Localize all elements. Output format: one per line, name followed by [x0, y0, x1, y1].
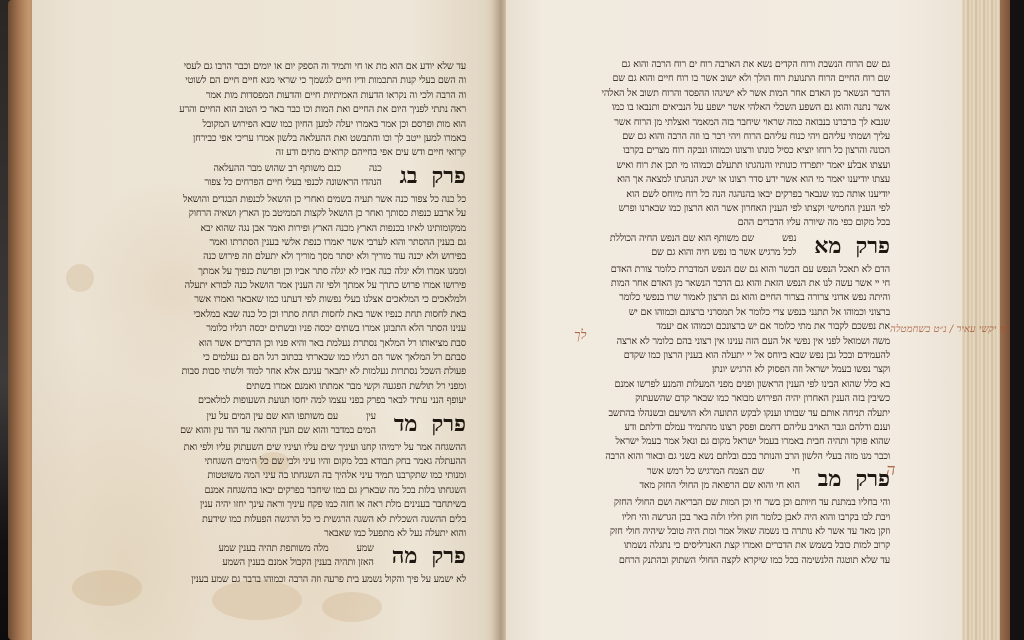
chapter-label: פרק: [417, 162, 466, 190]
handwritten-margin-note: לך: [574, 330, 586, 342]
text-line: ראה נתתי לפניך היום את החיים ואת המות וכ…: [140, 103, 466, 117]
text-line: ברצוני וכמוהו אל תתנני בנפש צרי כלומר אל…: [590, 306, 890, 320]
chapter-term: עין: [338, 411, 376, 422]
paper-stain: [66, 264, 94, 292]
chapter-intro: עיןעם משותפו הוא שם עין המים על עין המים…: [140, 410, 376, 438]
text-line: שנבא לך ברברנו בנבואה כמה שראוי שיחבר בז…: [590, 116, 890, 130]
text-line: באמרו למען ייטב לך וכו והתבשט ואת ההעלאה…: [140, 132, 466, 146]
text-line: הוא מות ופרסם וכן אמר באמרו יעלה למען הח…: [140, 118, 466, 132]
right-page-text: גם שם הרוח הנשבת ורוח הקדים נשא את הארבה…: [590, 58, 890, 568]
text-line: ומנותי כמו שתקרבנו תמיד עיני אלהיך בה הש…: [140, 469, 466, 483]
chapter-intro: נפששם משותף הוא שם הנפש החיה הכוללת לכל …: [590, 232, 796, 260]
text-line: בלים ההשגה השכלית לא השגה הרגשית כי כל ה…: [140, 513, 466, 527]
text-line: וענם ודלהם וגבר האויב עליהם דחמם ופסק רצ…: [590, 421, 890, 435]
chapter-intro: חישם הצמח המרגיש כל רמש אשר הוא חי והוא …: [590, 465, 800, 493]
text-line: שם משותף הוא שם הנפש החיה הכוללת: [610, 233, 754, 244]
text-line: חי יי אשר עשה לנו את הנפש הזאת והוא גם ה…: [590, 277, 890, 291]
text-line: וכבר מנו מזה בעלי הלשון הרב והנותר בכם ו…: [590, 450, 890, 464]
chapter-heading: פרק מה שמעמלה משותפת תהיה בענין שמע האזן…: [140, 542, 466, 572]
text-line: והיתה נפש אדוני צרורה בצרור החיים והוא ג…: [590, 291, 890, 305]
text-line: הנהדו הראשונה לכנפי בעלי חיים הפרחים כל …: [140, 176, 382, 190]
chapter-heading: פרק בג כנהכנם משותף רב שהוש מבר ההעלאה ה…: [140, 162, 466, 192]
text-line: בשיתחבר בענינים מלת ראה או חזה כמו פקח ע…: [140, 498, 466, 512]
left-page-text: עד שלא יודע אם הוא מת או חי ותמיד וה הספ…: [140, 60, 466, 588]
text-line: ויבת לבו בקרבו והוא היה לאבן כלומר חזק ח…: [590, 511, 890, 525]
text-line: לפי הענין החמישי וקצתו לפי הענין האחרון …: [590, 202, 890, 216]
text-line: משה ושמואל לפני אין נפשי אל העם הזה ענינ…: [590, 335, 890, 349]
text-line: עד שלא תוטגה הלנשימה בכל כמו שיקרא לקצה …: [590, 554, 890, 568]
text-line: וקצר נפשו בעמל ישראל וזה הפסוק לא הרגיש …: [590, 363, 890, 377]
chapter-intro: שמעמלה משותפת תהיה בענין שמע האזן ותהיה …: [140, 542, 374, 570]
chapter-label: פרק: [417, 410, 466, 438]
text-line: לא ישמע על פיך והקול נשמע בית פרעה וזה ה…: [140, 573, 466, 587]
chapter-term: חי: [764, 466, 800, 477]
text-line: גם בענין ההסתר והוא לערבי אשר יאמרו כנפת…: [140, 236, 466, 250]
dark-background-right: [1010, 0, 1024, 640]
text-line: להעמידם ובכל גבן נפש שבא ביוחס אל יי יתע…: [590, 349, 890, 363]
handwritten-margin-note: ה: [886, 464, 895, 476]
chapter-label: פרק: [841, 232, 890, 260]
text-line: עד שלא יודע אם הוא מת או חי ותמיד וה הספ…: [140, 60, 466, 74]
text-line: שם הצמח המרגיש כל רמש אשר: [647, 466, 764, 477]
text-line: וזקן מאד עד אשר לא נותרה בו נשמה שאול אמ…: [590, 525, 890, 539]
chapter-heading: פרק מב חישם הצמח המרגיש כל רמש אשר הוא ח…: [590, 465, 890, 495]
text-line: על ארבע כנפות כסותך ואחר כן הושאל לקצות …: [140, 207, 466, 221]
text-line: הוא חי והוא שם הרפואה מן החולי החזק מאד: [590, 479, 800, 493]
chapter-label: פרק: [417, 542, 466, 570]
chapter-heading: פרק מא נפששם משותף הוא שם הנפש החיה הכול…: [590, 232, 890, 262]
text-line: ההשגחה אמר על ירמיהו קחנו ועיניך שים עלי…: [140, 441, 466, 455]
chapter-label: פרק: [841, 465, 890, 493]
text-line: יתעלה תניחה אותם עד שבותו וענקו לבקש התו…: [590, 407, 890, 421]
chapter-number: בג: [382, 162, 418, 190]
text-line: שם רוח החיים הרוח התנועת רוח הולך ולא יש…: [590, 72, 890, 86]
chapter-term: נפש: [754, 233, 796, 244]
paper-stain: [322, 592, 382, 622]
text-line: כשיבין בזה הענין האחרון יהיה הפירוש מבוא…: [590, 392, 890, 406]
text-line: וממנו אמרו ולא יגלה כנה אביו לא יגלה סתר…: [140, 265, 466, 279]
text-line: בכל מקום כפי מה שיורה עליו הדברים ההם: [590, 216, 890, 230]
text-line: סבת מציאותו רל המלאך נסתרת נעלמת באר והי…: [140, 337, 466, 351]
text-line: עליך ושמתי עליהם ויהי כנוח עליהם הרוח וי…: [590, 130, 890, 144]
text-line: בפירוש ולא יכנה עוד מוריך ולא יסתר מסך מ…: [140, 250, 466, 264]
paper-stain: [72, 570, 142, 606]
chapter-number: מה: [374, 542, 418, 570]
text-line: ההעתלה גאמר בחק תבודא בכל מקום והיו עיני…: [140, 455, 466, 469]
text-line: פעולת השכל נסתרות נעלמות לא יתבאר ענינם …: [140, 365, 466, 379]
text-line: בא כלל שהוא הבינו לפי הענין הראשון ופנים…: [590, 378, 890, 392]
text-line: עצתו יודיענו יאמר מי הוא אשר ידע סדר רצו…: [590, 173, 890, 187]
text-line: המים במדבר והוא שם העין הרואה עד הוד עין…: [140, 424, 376, 438]
text-line: גם שם הרוח הנשבת ורוח הקדים נשא את הארבה…: [590, 58, 890, 72]
text-line: שהוא פוקד ותהיה חבית באמרו בעמל ישראל מק…: [590, 435, 890, 449]
text-line: פירושו אמרו פרוש כתרך על אמתך ולפי זה הע…: [140, 279, 466, 293]
text-line: קרוב למות כובל בשמש את הדברים ואמרו קצת …: [590, 539, 890, 553]
text-line: באת לחסות תחת כנפיו אשר באת לחסות תחת סת…: [140, 308, 466, 322]
text-line: את נפשכם לקבור את מתי כלומר אם יש ברצונכ…: [590, 320, 890, 334]
chapter-number: מב: [800, 465, 842, 493]
text-line: ומפני רל תולשת הפגעה וקשי מבר אמתתו ואמנ…: [140, 380, 466, 394]
text-line: סבתם רל המלאך אשר הם רגליו כמו שבארתי בכ…: [140, 351, 466, 365]
text-line: והי בחליו במתנת עד חיותם וכן בשר חי וכן …: [590, 496, 890, 510]
text-line: כנם משותף רב שהוש מבר ההעלאה: [213, 163, 340, 174]
chapter-intro: כנהכנם משותף רב שהוש מבר ההעלאה הנהדו הר…: [140, 162, 382, 190]
text-line: קרואי חיים ודש עים אפי בחייהם קרואים מתי…: [140, 146, 466, 160]
chapter-number: מד: [376, 410, 418, 438]
text-line: והוא יתעלה נעל לא מתפעל כמו שאבאר: [140, 527, 466, 541]
text-line: האזן ותהיה בענין הקבול אמנם בענין השמע: [140, 556, 374, 570]
text-line: הדבר הנשאר מן האדם אחר המות אשר לא ישיגה…: [590, 87, 890, 101]
text-line: אשר נתנה והוא גם השפע השכלי האלהי אשר יש…: [590, 101, 890, 115]
text-line: מלה משותפת תהיה בענין שמע: [218, 543, 328, 554]
text-line: לכל מרגיש אשר בו נפש חיה והוא גם שם: [590, 246, 796, 260]
text-line: וה הרבה ולכי וה נקראו הדעות האמיתיות חיי…: [140, 89, 466, 103]
text-line: ולמלאכים כי המלאכים אצלנו בעלי נפשות לפי…: [140, 293, 466, 307]
text-line: יודיענו אותה כמו שנבאר בפרקים יבאו בהנהג…: [590, 188, 890, 202]
text-line: הדם לא תאכל הנפש עם הבשר והוא גם שם הנפש…: [590, 263, 890, 277]
text-line: ענינו הסתר הלא התבונן אמרו בשתים יכסה פנ…: [140, 322, 466, 336]
text-line: כל כנה כל צפור כנה אשר תעיה בשמים ואחרי …: [140, 193, 466, 207]
leather-cover-right: [1000, 0, 1010, 640]
text-line: וה השם בעלי קנות התכמות ודיו חיים לגשמך …: [140, 74, 466, 88]
chapter-term: שמע: [328, 543, 373, 554]
text-line: הכונה והרצון כל רוחו יוציא כסיל כונתו ור…: [590, 144, 890, 158]
handwritten-margin-note: פי יקשי עאיר / נ״ט בשחמטלה: [890, 324, 1007, 336]
text-line: ממקומותינו לאיזו בכנפות הארץ מכנה הארץ ו…: [140, 222, 466, 236]
chapter-heading: פרק מד עיןעם משותפו הוא שם עין המים על ע…: [140, 410, 466, 440]
text-line: ועצתו אבלע יאמר יתפרדו כונותיו והנהגתו ת…: [590, 159, 890, 173]
text-line: יעופף הנני עתיד לבאר בפרק בפני עצמו למה …: [140, 394, 466, 408]
chapter-number: מא: [796, 232, 841, 260]
text-line: עם משותפו הוא שם עין המים על עין: [206, 411, 338, 422]
text-line: השגחתו בלות בכל מה שבארץ גם במו שיחבר בפ…: [140, 484, 466, 498]
chapter-term: כנה: [341, 163, 382, 174]
